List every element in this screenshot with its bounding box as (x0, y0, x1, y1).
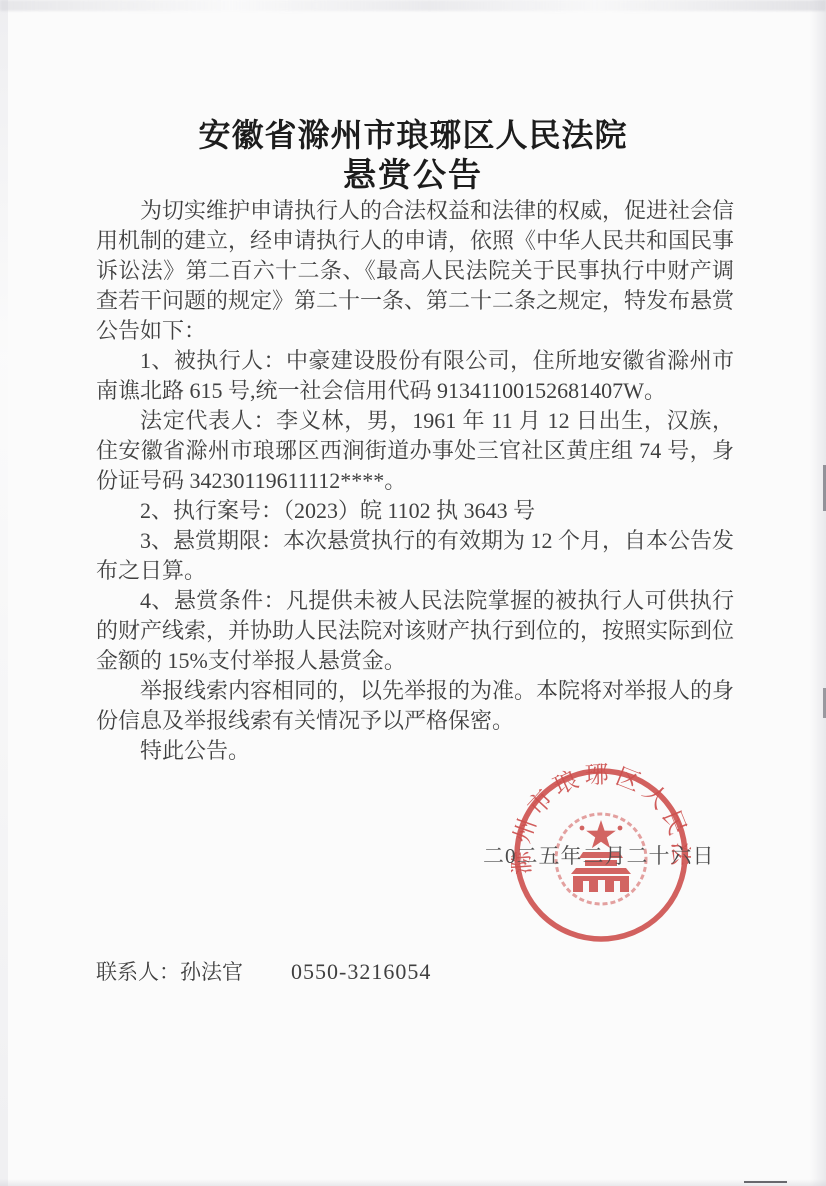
paragraph: 1、被执行人：中豪建设股份有限公司，住所地安徽省滁州市南谯北路 615 号,统一… (96, 346, 734, 406)
scan-artifact-bottom-edge (0, 1179, 826, 1186)
contact-name: 孙法官 (180, 960, 243, 984)
gate-door-icon (614, 881, 620, 892)
gate-door-icon (583, 881, 589, 892)
scan-artifact-bottom-mark (744, 1181, 787, 1183)
court-name-title: 安徽省滁州市琅琊区人民法院 (0, 116, 826, 154)
paragraph: 3、悬赏期限：本次悬赏执行的有效期为 12 个月，自本公告发布之日算。 (96, 526, 734, 586)
contact-label: 联系人： (96, 960, 180, 984)
notice-title: 悬赏公告 (0, 156, 826, 194)
paragraph: 4、悬赏条件：凡提供未被人民法院掌握的被执行人可供执行的财产线索，并协助人民法院… (96, 586, 734, 676)
paragraph: 举报线索内容相同的，以先举报的为准。本院将对举报人的身份信息及举报线索有关情况予… (96, 676, 734, 736)
paragraph: 法定代表人：李义林，男，1961 年 11 月 12 日出生，汉族，住安徽省滁州… (96, 406, 734, 496)
contact-phone: 0550-3216054 (291, 959, 431, 984)
paragraph: 2、执行案号：（2023）皖 1102 执 3643 号 (96, 496, 734, 526)
scan-artifact-top-edge (0, 0, 826, 11)
notice-body: 为切实维护申请执行人的合法权益和法律的权威，促进社会信用机制的建立，经申请执行人… (96, 196, 734, 766)
issue-date: 二0二五年二月二十六日 (483, 840, 733, 870)
gate-door-icon (598, 880, 605, 892)
contact-line: 联系人：孙法官0550-3216054 (96, 956, 431, 986)
scanned-notice-page: 安徽省滁州市琅琊区人民法院 悬赏公告 为切实维护申请执行人的合法权益和法律的权威… (0, 0, 826, 1186)
paragraph: 为切实维护申请执行人的合法权益和法律的权威，促进社会信用机制的建立，经申请执行人… (96, 196, 734, 346)
small-star-icon (618, 826, 623, 831)
small-star-icon (580, 826, 585, 831)
